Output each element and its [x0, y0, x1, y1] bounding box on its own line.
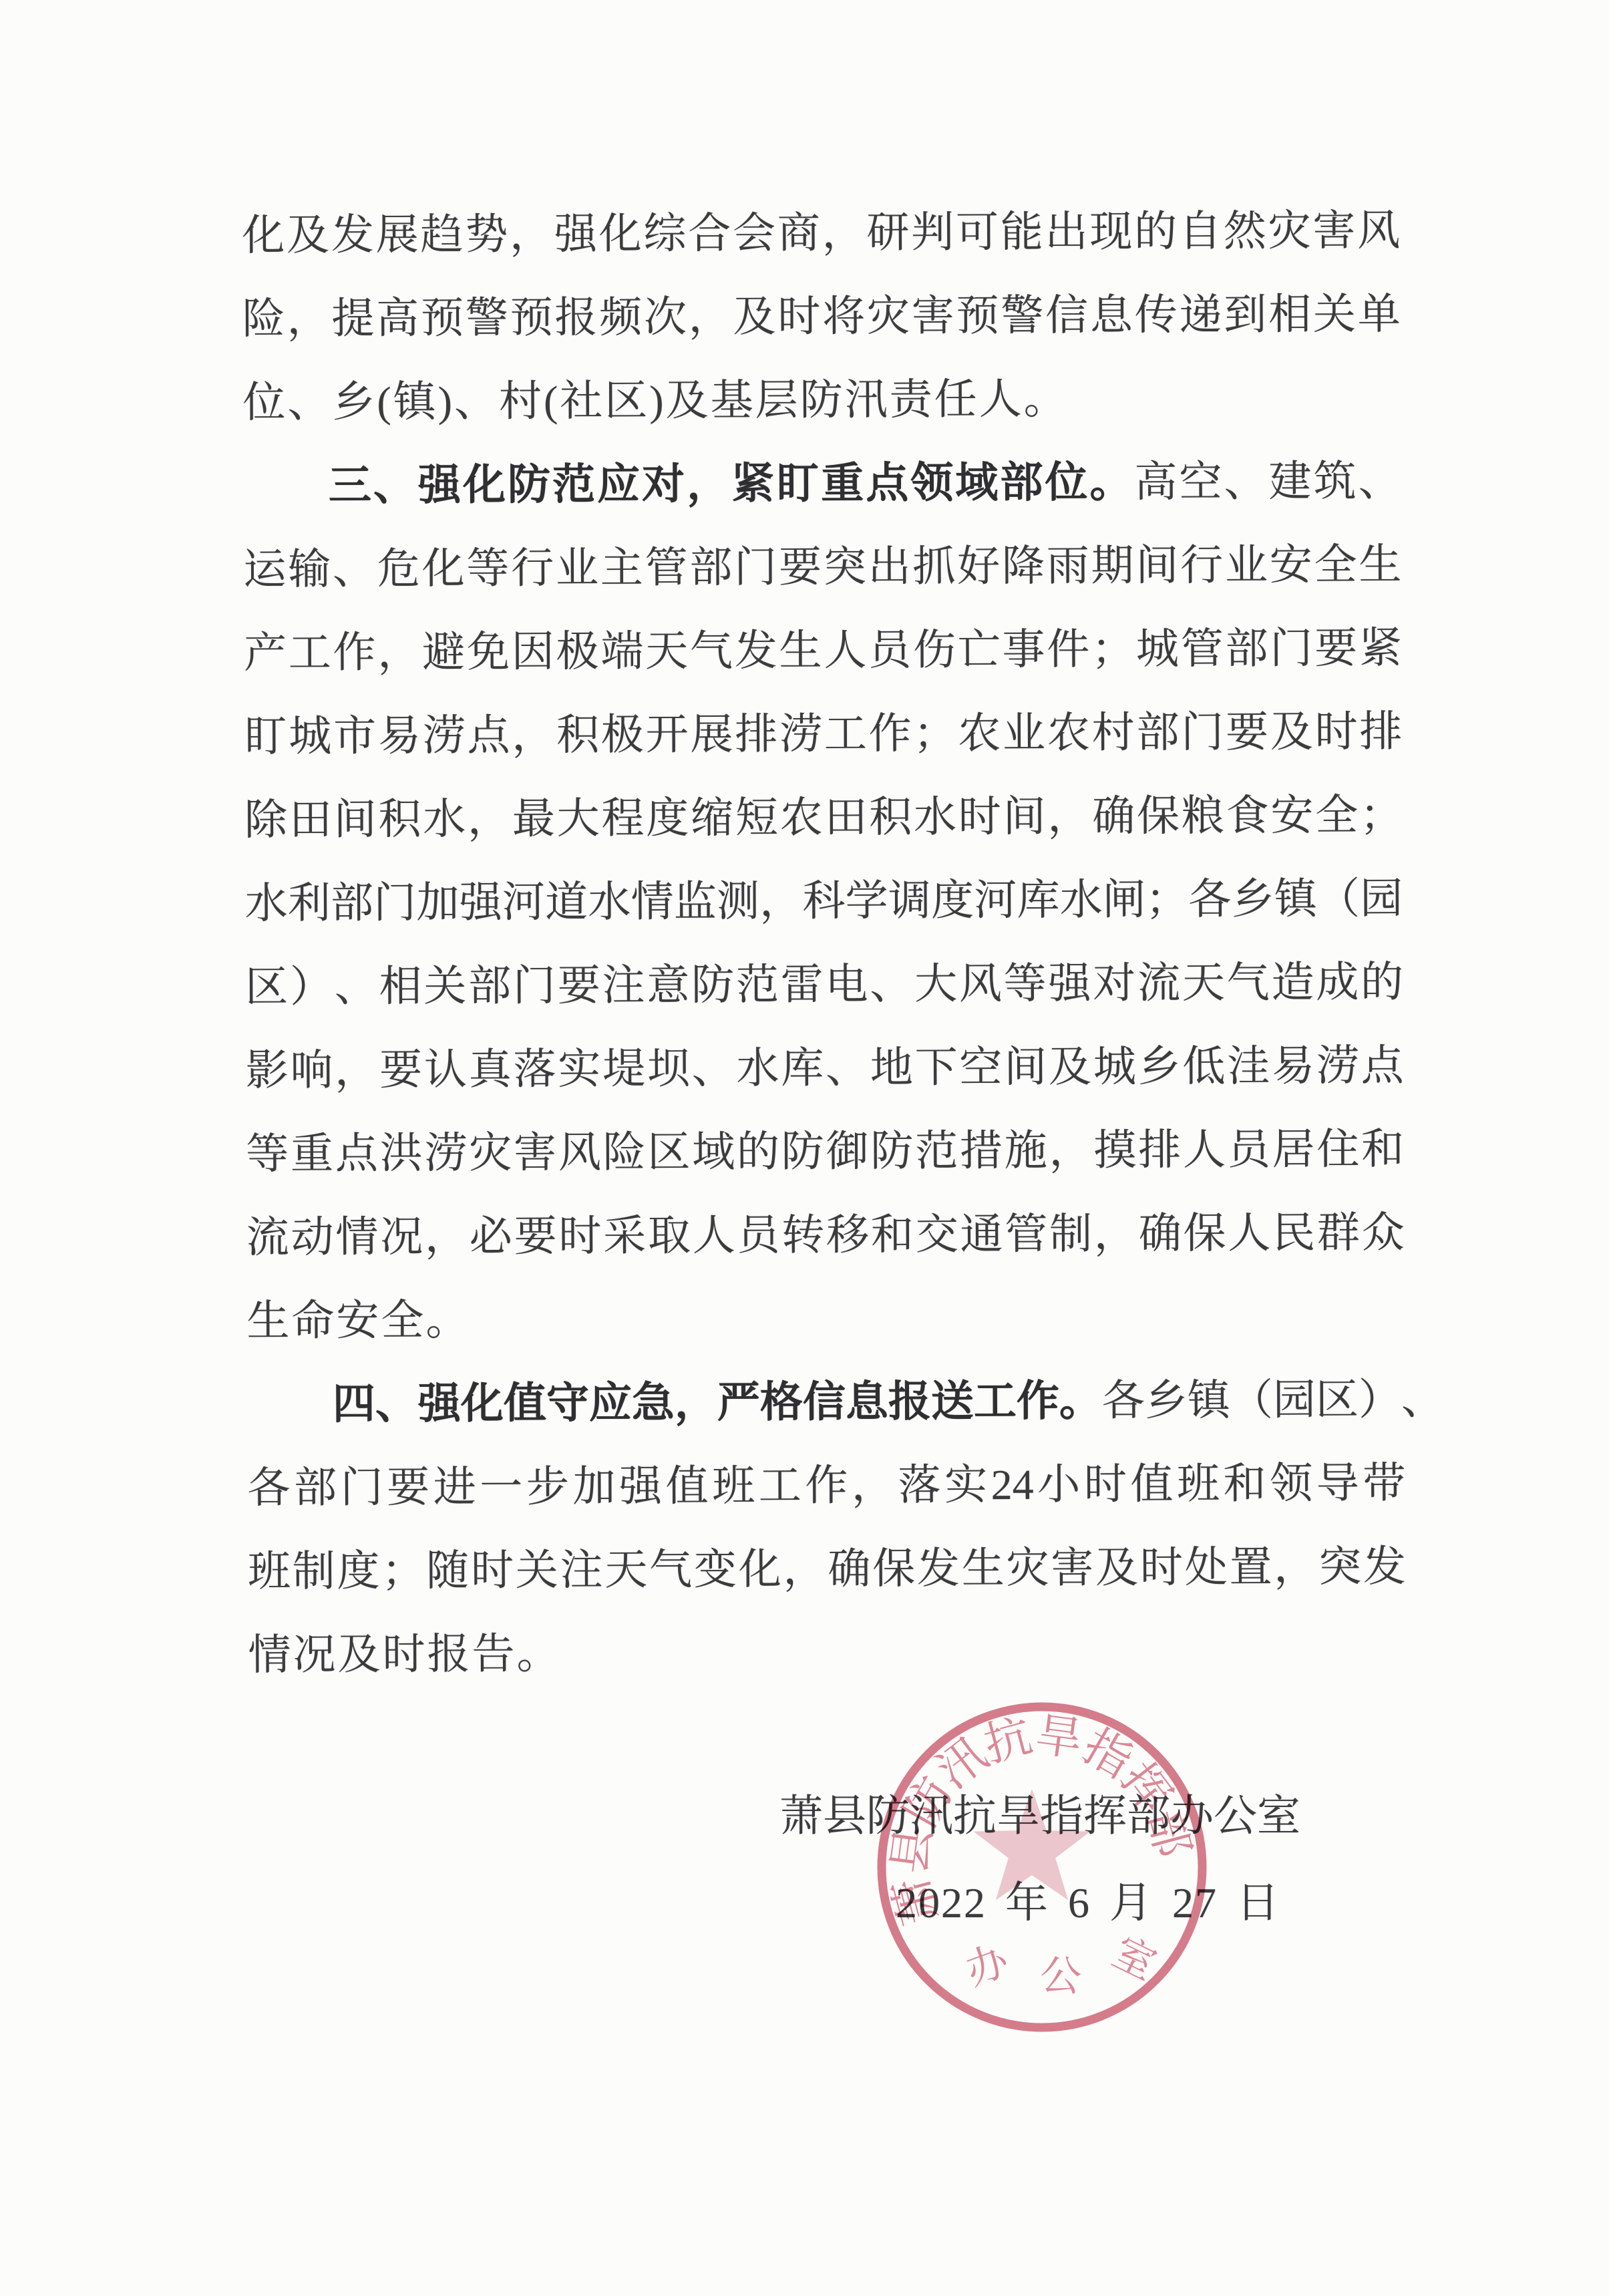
- text-line-3: 位、乡(镇)、村(社区)及基层防汛责任人。: [242, 355, 1401, 444]
- seal-star: [974, 1789, 1091, 1900]
- document-body-text: 化及发展趋势，强化综合会商，研判可能出现的自然灾害风险，提高预警预报频次，及时将…: [242, 188, 1407, 1697]
- text-line-5: 运输、危化等行业主管部门要突出抓好降雨期间行业安全生: [243, 522, 1402, 611]
- text-line-2: 险，提高预警预报频次，及时将灾害预警信息传递到相关单: [242, 272, 1401, 361]
- text-line-1: 化及发展趋势，强化综合会商，研判可能出现的自然灾害风: [242, 188, 1401, 277]
- text-line-15: 四、强化值守应急，严格信息报送工作。各乡镇（园区）、: [247, 1357, 1406, 1446]
- text-line-12: 等重点洪涝灾害风险区域的防御防范措施，摸排人员居住和: [246, 1107, 1405, 1196]
- text-line-4: 三、强化防范应对，紧盯重点领域部位。高空、建筑、: [243, 439, 1402, 528]
- seal-bottom-text-char: 办: [960, 1937, 1015, 1995]
- text-line-14: 生命安全。: [246, 1274, 1405, 1363]
- text-line-16: 各部门要进一步加强值班工作，落实24小时值班和领导带: [247, 1441, 1406, 1530]
- text-line-10: 区）、相关部门要注意防范雷电、大风等强对流天气造成的: [245, 940, 1404, 1029]
- document-page: 化及发展趋势，强化综合会商，研判可能出现的自然灾害风险，提高预警预报频次，及时将…: [0, 0, 1609, 2296]
- official-seal-stamp: 萧县防汛抗旱指挥部办公室: [875, 1700, 1209, 2034]
- seal-ring-text-char: 萧: [885, 1872, 946, 1931]
- text-line-17: 班制度；随时关注天气变化，确保发生灾害及时处置，突发: [248, 1524, 1407, 1613]
- text-line-13: 流动情况，必要时采取人员转移和交通管制，确保人民群众: [246, 1190, 1405, 1279]
- seal-bottom-text-char: 公: [1039, 1953, 1082, 2000]
- text-line-8: 除田间积水，最大程度缩短农田积水时间，确保粮食安全；: [244, 773, 1403, 862]
- text-line-9: 水利部门加强河道水情监测，科学调度河库水闸；各乡镇（园: [244, 856, 1403, 945]
- text-line-18: 情况及时报告。: [248, 1608, 1407, 1697]
- text-line-7: 盯城市易涝点，积极开展排涝工作；农业农村部门要及时排: [244, 689, 1403, 778]
- text-line-6: 产工作，避免因极端天气发生人员伤亡事件；城管部门要紧: [244, 606, 1403, 695]
- text-line-11: 影响，要认真落实堤坝、水库、地下空间及城乡低洼易涝点: [245, 1023, 1404, 1112]
